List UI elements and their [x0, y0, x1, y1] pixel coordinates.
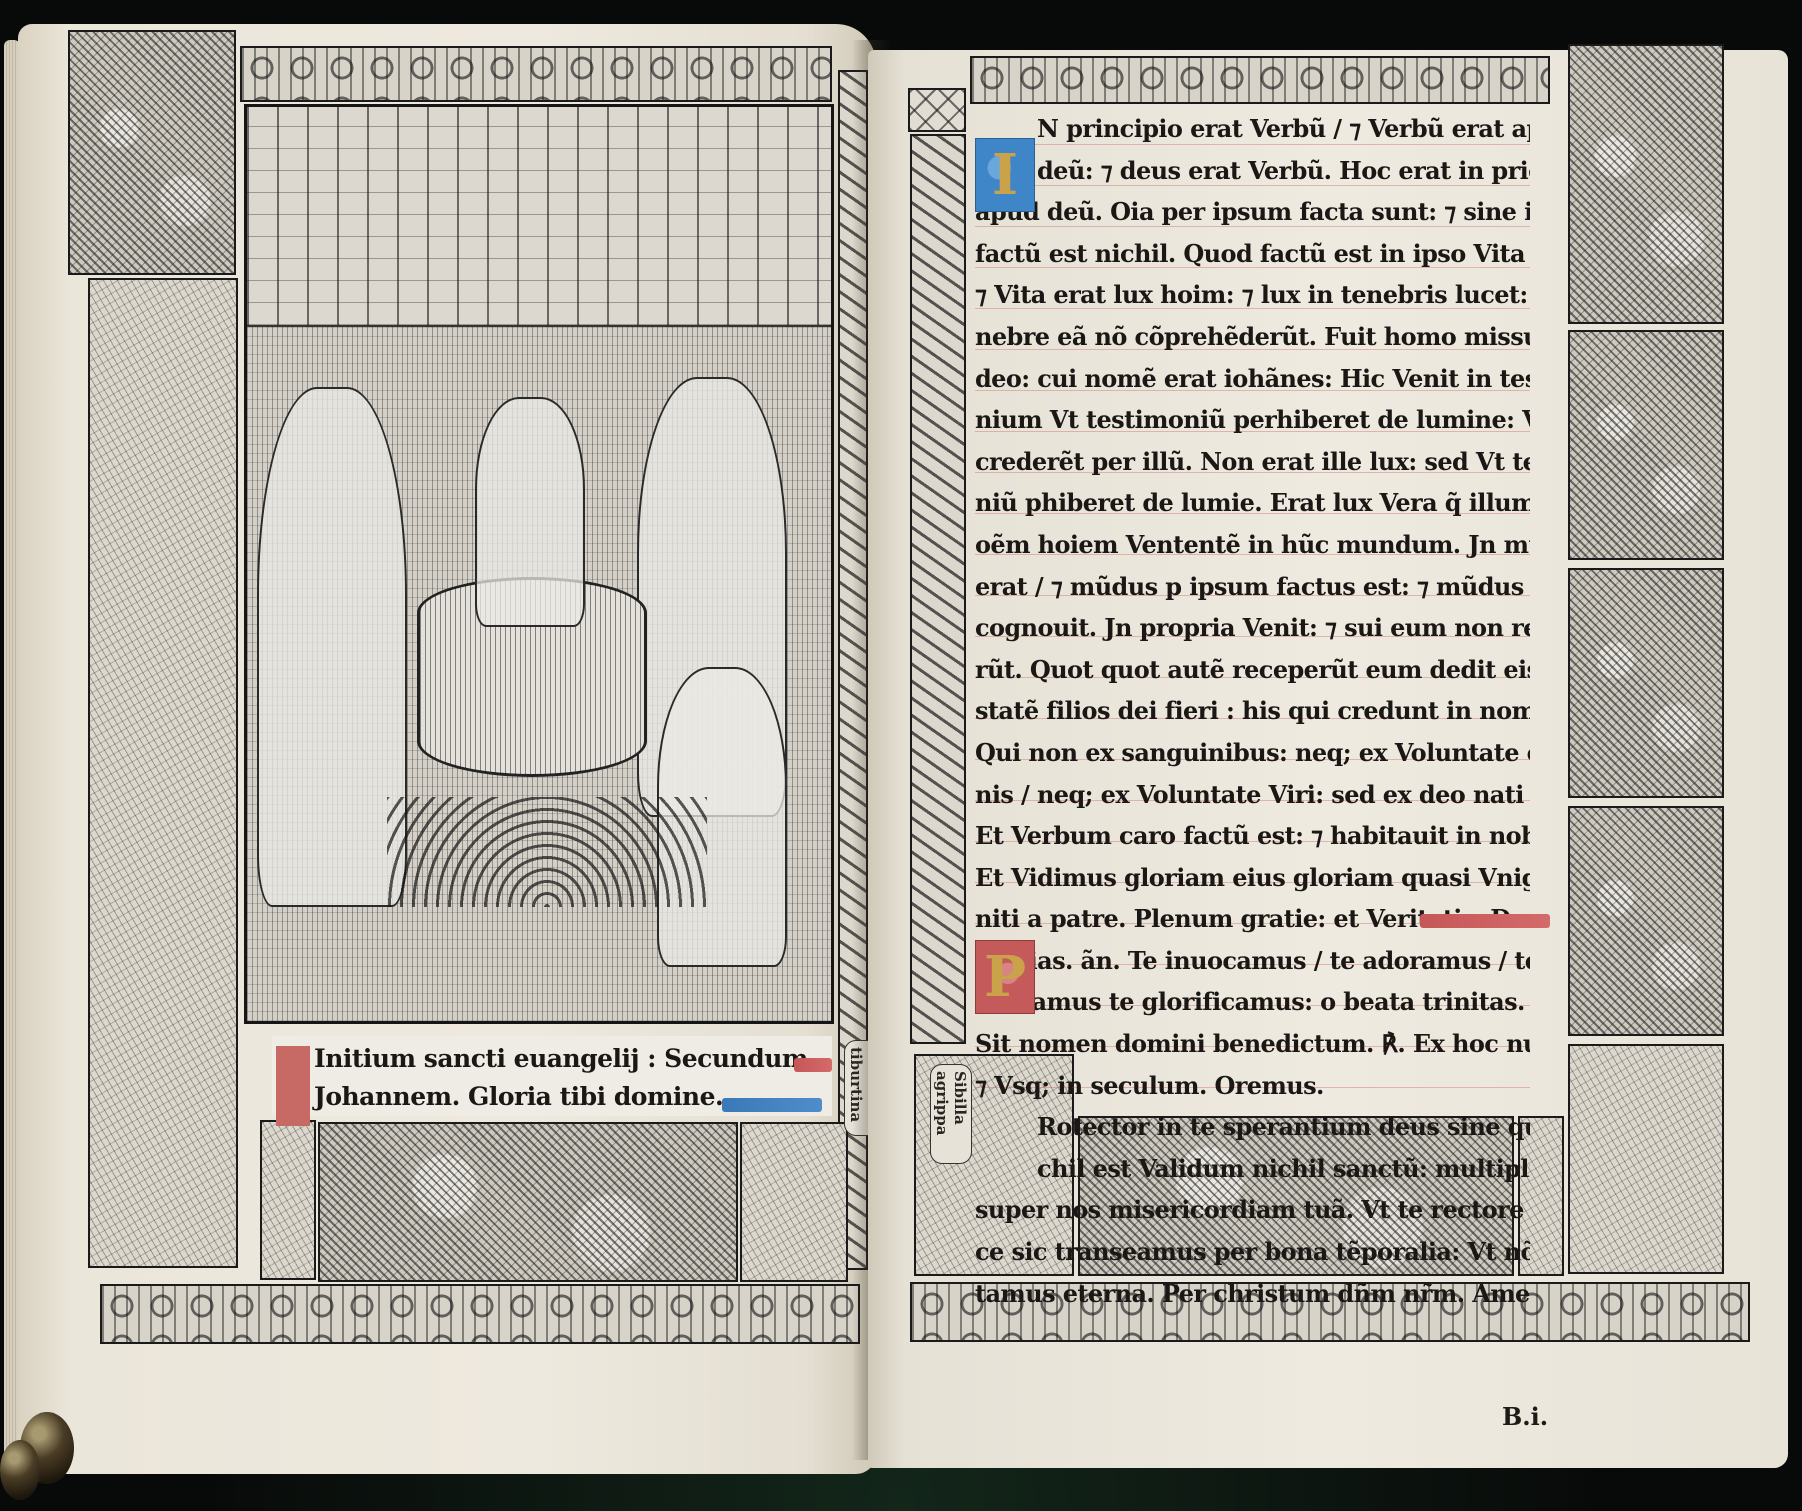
text-line-23: Sit nomen domini benedictum. ℟. Ex hoc n… [975, 1023, 1530, 1065]
text-line-25: Rotector in te sperantium deus sine quo … [975, 1106, 1530, 1148]
text-line-8: nium Vt testimoniũ perhiberet de lumine:… [975, 399, 1530, 441]
text-line-11: oẽm hoiem Vententẽ in hũc mundum. Jn mũd… [975, 524, 1530, 566]
text-line-22: laudamus te glorificamus: o beata trinit… [975, 981, 1530, 1023]
signature-mark: B.i. [1502, 1402, 1548, 1431]
bead-ornament-2 [0, 1440, 40, 1500]
caption-red-initial [276, 1046, 310, 1126]
right-border-top-frieze [970, 56, 1550, 104]
illustration-fire [387, 797, 707, 907]
left-border-grotesque-column [88, 278, 238, 1268]
caption-blue-line-filler [722, 1098, 822, 1112]
text-line-15: statẽ filios dei fieri : his qui credunt… [975, 690, 1530, 732]
left-border-base-ornament [100, 1284, 860, 1344]
left-border-bottom-left-panel [260, 1120, 316, 1280]
text-line-7: deo: cui nomẽ erat iohãnes: Hic Venit in… [975, 358, 1530, 400]
illuminated-initial-red: P [975, 940, 1035, 1014]
illustration-city-buildings [247, 107, 831, 327]
text-line-18: Et Verbum caro factũ est: ⁊ habitauit in… [975, 815, 1530, 857]
text-line-27: super nos misericordiam tuã. Vt te recto… [975, 1189, 1530, 1231]
text-line-13: cognouit. Jn propria Venit: ⁊ sui eum no… [975, 607, 1530, 649]
right-border-panel-4 [1568, 806, 1724, 1036]
text-line-3: apud deũ. Oia per ipsum facta sunt: ⁊ si… [975, 191, 1530, 233]
illustration-figure-left-elder [257, 387, 407, 907]
right-sibyl-label: Sibilla agrippa [930, 1064, 972, 1164]
text-line-4: factũ est nichil. Quod factũ est in ipso… [975, 233, 1530, 275]
text-line-29: tamus eterna. Per christum dñm nr̃m. Ame… [975, 1273, 1530, 1315]
text-line-19: Et Vidimus gloriam eius gloriam quasi Vn… [975, 857, 1530, 899]
left-border-hunter-panel [68, 30, 236, 275]
illustration-st-john [475, 397, 585, 627]
left-border-bottom-frieze [318, 1122, 738, 1282]
right-border-top-left-panel [908, 88, 966, 132]
woodcut-illustration-st-john-cauldron [244, 104, 834, 1024]
right-border-panel-2 [1568, 330, 1724, 560]
caption-line-2: Johannem. Gloria tibi domine. [314, 1082, 723, 1111]
text-line-16: Qui non ex sanguinibus: neq; ex Voluntat… [975, 732, 1530, 774]
text-line-2: deũ: ⁊ deus erat Verbũ. Hoc erat in pric… [975, 150, 1530, 192]
left-border-sibyl-panel [740, 1122, 848, 1282]
text-line-14: rũt. Quot quot autẽ receperũt eum dedit … [975, 649, 1530, 691]
text-line-28: ce sic transeamus per bona tẽporalia: Vt… [975, 1231, 1530, 1273]
text-line-26: chil est Validum nichil sanctũ: multipli… [975, 1148, 1530, 1190]
right-border-rope-column [910, 134, 966, 1044]
gospel-text-block: N principio erat Verbũ / ⁊ Verbũ erat ap… [975, 108, 1530, 1108]
text-line-24: ⁊ Vsq; in seculum. Oremus. [975, 1065, 1530, 1107]
right-border-panel-5 [1568, 1044, 1724, 1274]
caption-red-line-filler [794, 1058, 832, 1072]
caption-line-1: Initium sancti euangelij : Secundum [314, 1044, 808, 1073]
text-line-10: niũ phiberet de lumie. Erat lux Vera q̃ … [975, 482, 1530, 524]
text-line-5: ⁊ Vita erat lux hoim: ⁊ lux in tenebris … [975, 274, 1530, 316]
text-line-1: N principio erat Verbũ / ⁊ Verbũ erat ap… [975, 108, 1530, 150]
illuminated-initial-blue: I [975, 138, 1035, 212]
text-line-12: erat / ⁊ mũdus p ipsum factus est: ⁊ mũd… [975, 566, 1530, 608]
right-border-panel-3 [1568, 568, 1724, 798]
text-line-9: crederẽt per illũ. Non erat ille lux: se… [975, 441, 1530, 483]
illustration-caption: Initium sancti euangelij : Secundum Joha… [272, 1036, 832, 1116]
text-line-21: gratias. ãn. Te inuocamus / te adoramus … [975, 940, 1530, 982]
left-border-top-frieze [240, 46, 832, 102]
text-line-6: nebre eã nõ cõprehẽderũt. Fuit homo miss… [975, 316, 1530, 358]
right-border-panel-1 [1568, 44, 1724, 324]
text-line-17: nis / neq; ex Voluntate Viri: sed ex deo… [975, 774, 1530, 816]
oremus-red-line-filler [1420, 914, 1550, 928]
